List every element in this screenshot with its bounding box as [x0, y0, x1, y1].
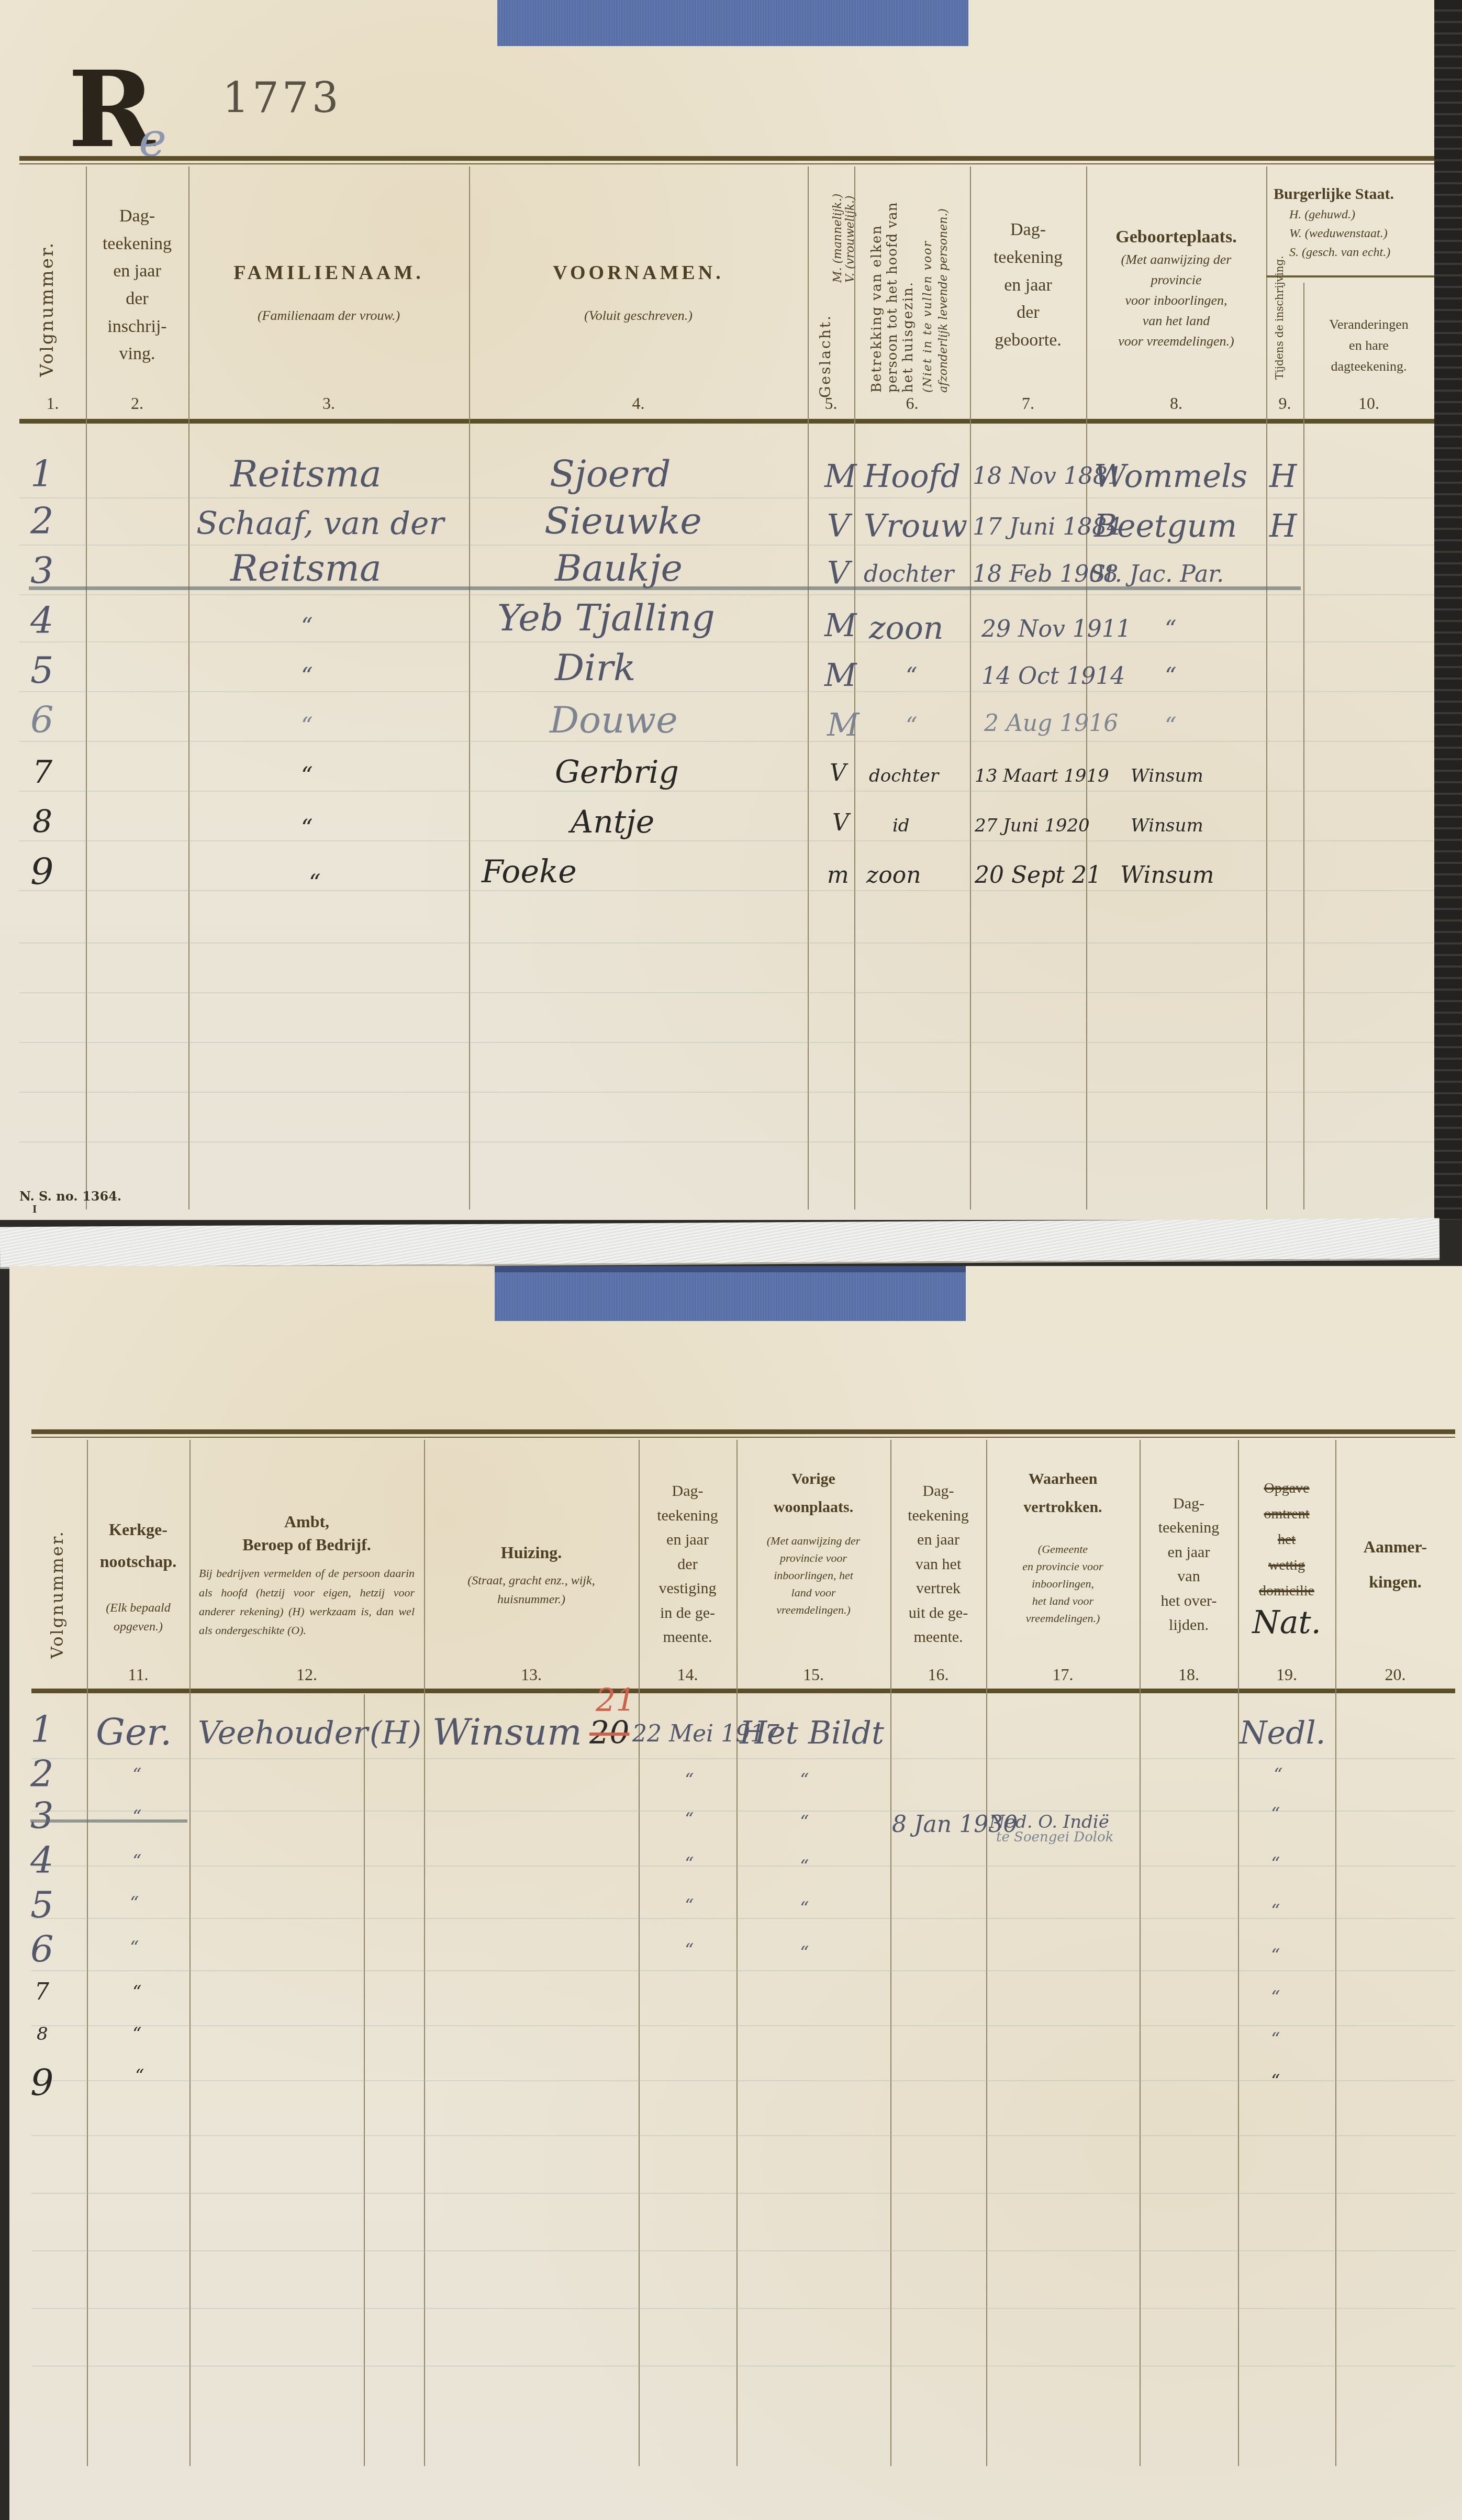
column-number: 13.: [424, 1665, 639, 1684]
row-3-geslacht: V: [827, 558, 850, 589]
row-3-geboorteplaats: St. Jac. Par.: [1090, 563, 1224, 586]
ruling-line: [19, 741, 1434, 742]
header-line: lijden.: [1169, 1613, 1209, 1638]
header-line: teekening: [994, 244, 1063, 272]
header-bottom-rule: [19, 419, 1434, 424]
column-number: 17.: [986, 1665, 1140, 1684]
header-line: in de ge-: [660, 1601, 715, 1626]
row-8-kerk: “: [132, 2025, 141, 2043]
header-domicilie: Opgave omtrent het wettig domicilie Nat.: [1238, 1475, 1335, 1674]
header-line: en hare: [1349, 335, 1389, 356]
register-number: 1773: [222, 73, 342, 122]
column-number: 6.: [854, 394, 970, 413]
row-7-familienaam: “: [301, 764, 313, 787]
row-5-nr: 5: [30, 652, 54, 689]
row-4-kerk: “: [132, 1852, 141, 1870]
header-line: provincie: [1151, 270, 1201, 290]
ruling-line: [19, 942, 1434, 943]
header-dagteekening-geboorte: Dag- teekening en jaar der geboorte.: [970, 199, 1086, 372]
header-volgnummer: Volgnummer.: [37, 220, 58, 377]
header-aanmerkingen: Aanmer- kingen.: [1335, 1475, 1455, 1653]
header-line: uit de ge-: [909, 1601, 968, 1626]
header-vorige-woonplaats: Vorige woonplaats. (Met aanwijzing der p…: [736, 1465, 890, 1674]
header-dagteekening-inschrijving: Dag- teekening en jaar der inschrij- vin…: [86, 178, 188, 393]
header-line: der: [1017, 299, 1039, 327]
row-6-kerk: “: [130, 1939, 139, 1957]
column-divider: [1266, 166, 1267, 1209]
header-line: (Met aanwijzing der: [1121, 249, 1232, 270]
burgerlijke-staat-rule: [1266, 275, 1434, 277]
row-5-nationaliteit: “: [1271, 1902, 1280, 1920]
column-divider: [1303, 283, 1304, 1209]
row-5-nr: 5: [30, 1886, 54, 1923]
row-2-nationaliteit: “: [1274, 1766, 1282, 1784]
row-1-huisnummer-old: 20: [589, 1717, 629, 1749]
row-2-familienaam: Schaaf, van der: [196, 508, 444, 539]
header-line: der: [677, 1552, 697, 1577]
row-3-nationaliteit: “: [1271, 1805, 1280, 1823]
row-2-kerk: “: [132, 1766, 141, 1784]
header-line: het over-: [1161, 1589, 1217, 1614]
header-betrekking-2: persoon tot het hoofd van: [885, 173, 900, 393]
ruling-line: [31, 1866, 1455, 1867]
ruling-line: [19, 791, 1434, 792]
header-betrekking-1: Betrekking van elken: [869, 173, 885, 393]
row-1-hoofd-ondergeschikte: (H): [370, 1717, 421, 1749]
ruling-line: [31, 2025, 1455, 2026]
row-8-geslacht: V: [832, 812, 849, 835]
row-4-nr: 4: [30, 1842, 54, 1879]
row-1-geboorteplaats: Wommels: [1094, 461, 1247, 492]
row-9-kerk: “: [135, 2067, 144, 2085]
header-line: teekening: [657, 1504, 718, 1528]
row-8-nr: 8: [32, 806, 52, 838]
header-struck-line: omtrent: [1264, 1501, 1309, 1527]
row-1-voornamen: Sjoerd: [550, 456, 671, 492]
row-2-geboorteplaats: Beetgum: [1094, 510, 1237, 542]
row-6-voornamen: Douwe: [550, 702, 678, 738]
header-line: voor inboorlingen,: [1125, 290, 1227, 310]
header-top-rule: [31, 1429, 1455, 1434]
header-line: en jaar: [1168, 1540, 1210, 1565]
header-line: en jaar: [917, 1528, 959, 1552]
row-6-betrekking: “: [906, 715, 918, 738]
row-3-betrekking: dochter: [864, 563, 954, 586]
ruling-line: [31, 2366, 1455, 2367]
header-tijdens-inschrijving: Tijdens de inschrijving.: [1273, 291, 1286, 380]
header-subtitle: (Elk bepaald opgeven.): [87, 1598, 189, 1636]
header-line: Veranderingen: [1329, 314, 1409, 335]
row-9-nr: 9: [30, 2064, 54, 2101]
row-9-geboortedatum: 20 Sept 21: [975, 864, 1101, 887]
row-6-familienaam: “: [301, 715, 313, 738]
header-struck-line: wettig: [1268, 1552, 1305, 1578]
row-3-strike-line: [29, 586, 1301, 590]
header-line: Dag-: [1010, 216, 1046, 244]
row-8-nationaliteit: “: [1271, 2030, 1280, 2048]
row-5-betrekking: “: [906, 665, 918, 688]
header-line: vestiging: [659, 1577, 717, 1601]
column-number: 19.: [1238, 1665, 1335, 1684]
row-6-nr: 6: [30, 702, 54, 738]
binding-tape: [0, 1218, 1439, 1269]
row-9-familienaam: “: [309, 872, 321, 895]
row-1-geslacht: M: [824, 461, 856, 492]
row-7-voornamen: Gerbrig: [555, 757, 679, 788]
header-line: Dag-: [923, 1479, 954, 1504]
header-line: meente.: [913, 1625, 963, 1650]
header-title: Geboorteplaats.: [1115, 225, 1236, 250]
header-line: van: [1177, 1564, 1200, 1589]
header-line: der: [126, 285, 148, 313]
column-number: 10.: [1303, 394, 1434, 413]
row-2-vestiging: “: [685, 1771, 694, 1789]
ruling-line: [31, 1811, 1455, 1812]
column-number: 5.: [808, 394, 854, 413]
row-1-vorige-woonplaats: Het Bildt: [740, 1717, 884, 1749]
ruling-line: [31, 1918, 1455, 1919]
header-line: van het land: [1143, 310, 1210, 331]
row-6-vestiging: “: [685, 1941, 694, 1959]
form-code-sub: I: [32, 1204, 37, 1215]
ruling-line: [31, 2308, 1455, 2309]
column-number: 18.: [1140, 1665, 1238, 1684]
header-betrekking-3: het huisgezin.: [900, 251, 916, 393]
row-4-geboortedatum: 29 Nov 1911: [981, 618, 1131, 641]
row-6-nr: 6: [30, 1931, 54, 1968]
header-geboorteplaats: Geboorteplaats. (Met aanwijzing der prov…: [1086, 204, 1266, 372]
header-betrekking-5: afzonderlijk levende personen.): [937, 173, 950, 393]
row-2-geslacht: V: [827, 510, 850, 542]
row-8-nr: 8: [37, 2025, 48, 2043]
row-7-geboorteplaats: Winsum: [1131, 767, 1203, 785]
row-5-familienaam: “: [301, 665, 313, 688]
header-betrekking-4: (Niet in te vullen voor: [921, 173, 934, 393]
column-number: 1.: [19, 394, 86, 413]
row-5-kerk: “: [130, 1894, 139, 1912]
header-line: ving.: [119, 340, 155, 368]
row-3-waarheen: Ned. O. Indië: [989, 1813, 1109, 1831]
row-6-geslacht: M: [827, 709, 859, 741]
row-7-geslacht: V: [830, 762, 846, 785]
header-struck-line: het: [1278, 1527, 1296, 1552]
header-title: Huizing.: [501, 1541, 562, 1564]
row-2-voornamen: Sieuwke: [544, 503, 702, 539]
row-9-nr: 9: [30, 853, 54, 890]
header-line: provincie voor: [780, 1549, 847, 1567]
header-line: voor vreemdelingen.): [1118, 331, 1234, 351]
row-1-nr: 1: [30, 1711, 54, 1748]
row-3-vorige: “: [800, 1813, 809, 1831]
header-line: en jaar: [1004, 272, 1052, 299]
ruling-line: [19, 1042, 1434, 1043]
row-3-vestiging: “: [685, 1811, 694, 1828]
legend-gehuwd: H. (gehuwd.): [1274, 205, 1355, 224]
header-line: Dag-: [1173, 1492, 1204, 1516]
header-line: land voor: [791, 1584, 836, 1601]
row-4-geboorteplaats: “: [1165, 618, 1177, 641]
ruling-line: [31, 1758, 1455, 1759]
column-number: 8.: [1086, 394, 1266, 413]
row-4-familienaam: “: [301, 615, 313, 638]
header-dagteekening-vertrek: Dag- teekening en jaar van het vertrek u…: [890, 1455, 986, 1674]
header-line: inschrij-: [107, 313, 166, 341]
header-line: (Gemeente: [1038, 1540, 1088, 1558]
header-note: Bij bedrijven vermelden of de persoon da…: [199, 1564, 415, 1640]
row-2-vorige: “: [800, 1771, 809, 1789]
legend-weduwenstaat: W. (weduwenstaat.): [1274, 224, 1388, 243]
column-number: 16.: [890, 1665, 986, 1684]
ruling-line: [19, 992, 1434, 993]
row-9-voornamen: Foeke: [482, 856, 577, 887]
row-5-geslacht: M: [824, 660, 856, 691]
column-number: 3.: [188, 394, 469, 413]
row-2-staat: H: [1269, 510, 1297, 542]
register-page-top: R e 1773 Volgnummer. Dag- teekening en j…: [0, 0, 1434, 1220]
ruling-line: [31, 2250, 1455, 2251]
blue-index-tab: [495, 1266, 966, 1321]
row-1-huizing: Winsum: [432, 1714, 582, 1750]
row-9-betrekking: zoon: [866, 864, 921, 887]
row-6-vorige: “: [800, 1944, 809, 1962]
form-code: N. S. no. 1364.: [19, 1189, 121, 1204]
header-line: inboorlingen,: [1032, 1575, 1094, 1592]
row-2-betrekking: Vrouw: [864, 510, 967, 542]
header-huizing: Huizing. (Straat, gracht enz., wijk, hui…: [424, 1496, 639, 1653]
row-5-vestiging: “: [685, 1897, 694, 1915]
row-8-voornamen: Antje: [571, 806, 654, 838]
ruling-line: [19, 890, 1434, 891]
row-1-staat: H: [1269, 461, 1297, 492]
header-kerkgenootschap: Kerkge- nootschap. (Elk bepaald opgeven.…: [87, 1475, 189, 1674]
column-divider: [808, 166, 809, 1209]
header-title: Vorige woonplaats.: [736, 1465, 890, 1522]
header-geslacht-m: M. (mannelijk.): [831, 173, 844, 283]
header-geslacht: Geslacht.: [817, 293, 834, 398]
register-page-bottom: Volgnummer. Kerkge- nootschap. (Elk bepa…: [9, 1266, 1462, 2520]
row-4-betrekking: zoon: [869, 613, 944, 644]
header-title: Waarheen vertrokken.: [986, 1465, 1140, 1522]
row-6-geboortedatum: 2 Aug 1916: [984, 712, 1118, 735]
header-waarheen-vertrokken: Waarheen vertrokken. (Gemeente en provin…: [986, 1465, 1140, 1674]
ruling-line: [19, 840, 1434, 841]
header-line: vreemdelingen.): [776, 1601, 851, 1618]
row-1-familienaam: Reitsma: [230, 456, 382, 492]
row-8-betrekking: id: [892, 817, 910, 835]
header-line: teekening: [1158, 1516, 1220, 1540]
row-8-familienaam: “: [301, 817, 313, 840]
header-line: inboorlingen, het: [774, 1567, 853, 1584]
ruling-line: [19, 594, 1434, 595]
header-handwritten-nat: Nat.: [1252, 1607, 1321, 1638]
header-line: en jaar: [113, 258, 161, 285]
column-number: 7.: [970, 394, 1086, 413]
header-voornamen: VOORNAMEN. (Voluit geschreven.): [469, 246, 808, 340]
ruling-line: [19, 1141, 1434, 1142]
column-number: 20.: [1335, 1665, 1455, 1684]
ruling-line: [31, 1970, 1455, 1971]
ruling-line: [19, 691, 1434, 692]
header-line: van het: [916, 1552, 961, 1577]
row-1-betrekking: Hoofd: [864, 461, 961, 492]
row-1-kerk: Ger.: [96, 1714, 172, 1750]
header-line: en provincie voor: [1022, 1558, 1103, 1575]
row-3-strike-line: [30, 1819, 187, 1823]
row-4-vestiging: “: [685, 1855, 694, 1873]
row-2-nr: 2: [30, 503, 54, 539]
header-subtitle: (Straat, gracht enz., wijk, huisnummer.): [424, 1571, 639, 1609]
header-line: teekening: [908, 1504, 969, 1528]
header-subtitle: (Voluit geschreven.): [584, 305, 693, 326]
header-subtitle: (Familienaam der vrouw.): [258, 305, 400, 326]
column-number: 14.: [639, 1665, 736, 1684]
blue-index-tab: [497, 0, 968, 46]
row-4-nr: 4: [30, 602, 54, 639]
column-number: 2.: [86, 394, 188, 413]
header-line: Dag-: [119, 203, 155, 230]
row-4-geslacht: M: [824, 610, 856, 641]
row-7-nationaliteit: “: [1271, 1989, 1280, 2006]
column-number: 9.: [1266, 394, 1303, 413]
header-line: en jaar: [666, 1528, 709, 1552]
row-5-vorige: “: [800, 1900, 809, 1917]
column-number: 12.: [189, 1665, 424, 1684]
row-3-familienaam: Reitsma: [230, 550, 382, 586]
header-title: Ambt,: [284, 1510, 329, 1534]
row-5-geboorteplaats: “: [1165, 665, 1177, 688]
row-9-nationaliteit: “: [1271, 2072, 1280, 2090]
row-7-nr: 7: [32, 757, 52, 788]
row-6-geboorteplaats: “: [1165, 715, 1177, 738]
row-7-nr: 7: [35, 1981, 49, 2004]
row-4-voornamen: Yeb Tjalling: [497, 600, 715, 636]
ruling-line: [31, 2193, 1455, 2194]
ruling-line: [31, 2080, 1455, 2081]
row-3-waarheen-plaats: te Soengei Dolok: [996, 1830, 1114, 1844]
header-line: teekening: [103, 230, 172, 258]
header-title: VOORNAMEN.: [553, 261, 723, 284]
column-number: 4.: [469, 394, 808, 413]
header-dagteekening-vestiging: Dag- teekening en jaar der vestiging in …: [639, 1455, 736, 1674]
row-3-nr: 3: [30, 552, 54, 589]
header-familienaam: FAMILIENAAM. (Familienaam der vrouw.): [188, 246, 469, 340]
row-3-voornamen: Baukje: [555, 550, 683, 586]
header-title: FAMILIENAAM.: [233, 261, 424, 284]
legend-gescheiden: S. (gesch. van echt.): [1274, 243, 1390, 262]
header-veranderingen: Veranderingen en hare dagteekening.: [1303, 304, 1434, 387]
header-top-rule: [19, 156, 1434, 161]
header-volgnummer: Volgnummer.: [47, 1502, 67, 1659]
header-title: Aanmer- kingen.: [1364, 1529, 1427, 1600]
header-line: geboorte.: [995, 327, 1061, 354]
row-4-nationaliteit: “: [1271, 1855, 1280, 1873]
header-geslacht-v: V. (vrouwelijk.): [844, 173, 857, 283]
header-bottom-rule: [31, 1689, 1455, 1693]
header-title: Beroep of Bedrijf.: [242, 1533, 371, 1557]
header-dagteekening-overlijden: Dag- teekening en jaar van het over- lij…: [1140, 1475, 1238, 1653]
header-top-rule-thin: [31, 1437, 1455, 1438]
header-title: Burgerlijke Staat.: [1274, 183, 1394, 205]
row-1-nationaliteit: Nedl.: [1240, 1717, 1326, 1749]
header-burgerlijke-staat: Burgerlijke Staat. H. (gehuwd.) W. (wedu…: [1266, 173, 1434, 272]
row-9-geboorteplaats: Winsum: [1120, 864, 1214, 887]
row-9-geslacht: m: [827, 864, 849, 887]
column-number: 11.: [87, 1665, 189, 1684]
ruling-line: [19, 545, 1434, 546]
row-8-geboorteplaats: Winsum: [1131, 817, 1203, 835]
row-8-geboortedatum: 27 Juni 1920: [975, 817, 1090, 835]
row-7-geboortedatum: 13 Maart 1919: [975, 767, 1109, 785]
header-line: (Met aanwijzing der: [767, 1532, 860, 1549]
header-struck-line: domicilie: [1259, 1578, 1314, 1604]
row-1-beroep: Veehouder: [198, 1717, 368, 1749]
row-5-geboortedatum: 14 Oct 1914: [981, 665, 1125, 688]
row-2-nr: 2: [30, 1756, 54, 1792]
header-line: vreemdelingen.): [1026, 1609, 1100, 1627]
row-7-betrekking: dochter: [869, 767, 939, 785]
ruling-line: [19, 641, 1434, 642]
ruling-line: [19, 497, 1434, 498]
header-title: Kerkge- nootschap.: [100, 1514, 177, 1578]
row-1-nr: 1: [30, 456, 54, 492]
header-top-rule-thin: [19, 163, 1434, 164]
row-6-nationaliteit: “: [1271, 1947, 1280, 1964]
header-struck-line: Opgave: [1264, 1475, 1309, 1501]
header-line: Dag-: [672, 1479, 704, 1504]
ruling-line: [19, 1092, 1434, 1093]
header-line: het land voor: [1032, 1592, 1093, 1609]
column-number: 15.: [736, 1665, 890, 1684]
row-3-nr: 3: [30, 1797, 54, 1834]
header-beroep: Ambt, Beroep of Bedrijf. Bij bedrijven v…: [189, 1475, 424, 1674]
row-7-kerk: “: [132, 1983, 141, 2001]
row-5-voornamen: Dirk: [555, 649, 635, 686]
header-line: dagteekening.: [1331, 356, 1407, 377]
row-4-vorige: “: [800, 1858, 809, 1875]
ruling-line: [31, 2135, 1455, 2136]
header-line: meente.: [663, 1625, 712, 1650]
book-spine: [1434, 0, 1462, 1220]
header-line: vertrek: [916, 1577, 961, 1601]
row-1-huisnummer-new: 21: [596, 1685, 635, 1716]
row-3-kerk: “: [132, 1808, 141, 1826]
